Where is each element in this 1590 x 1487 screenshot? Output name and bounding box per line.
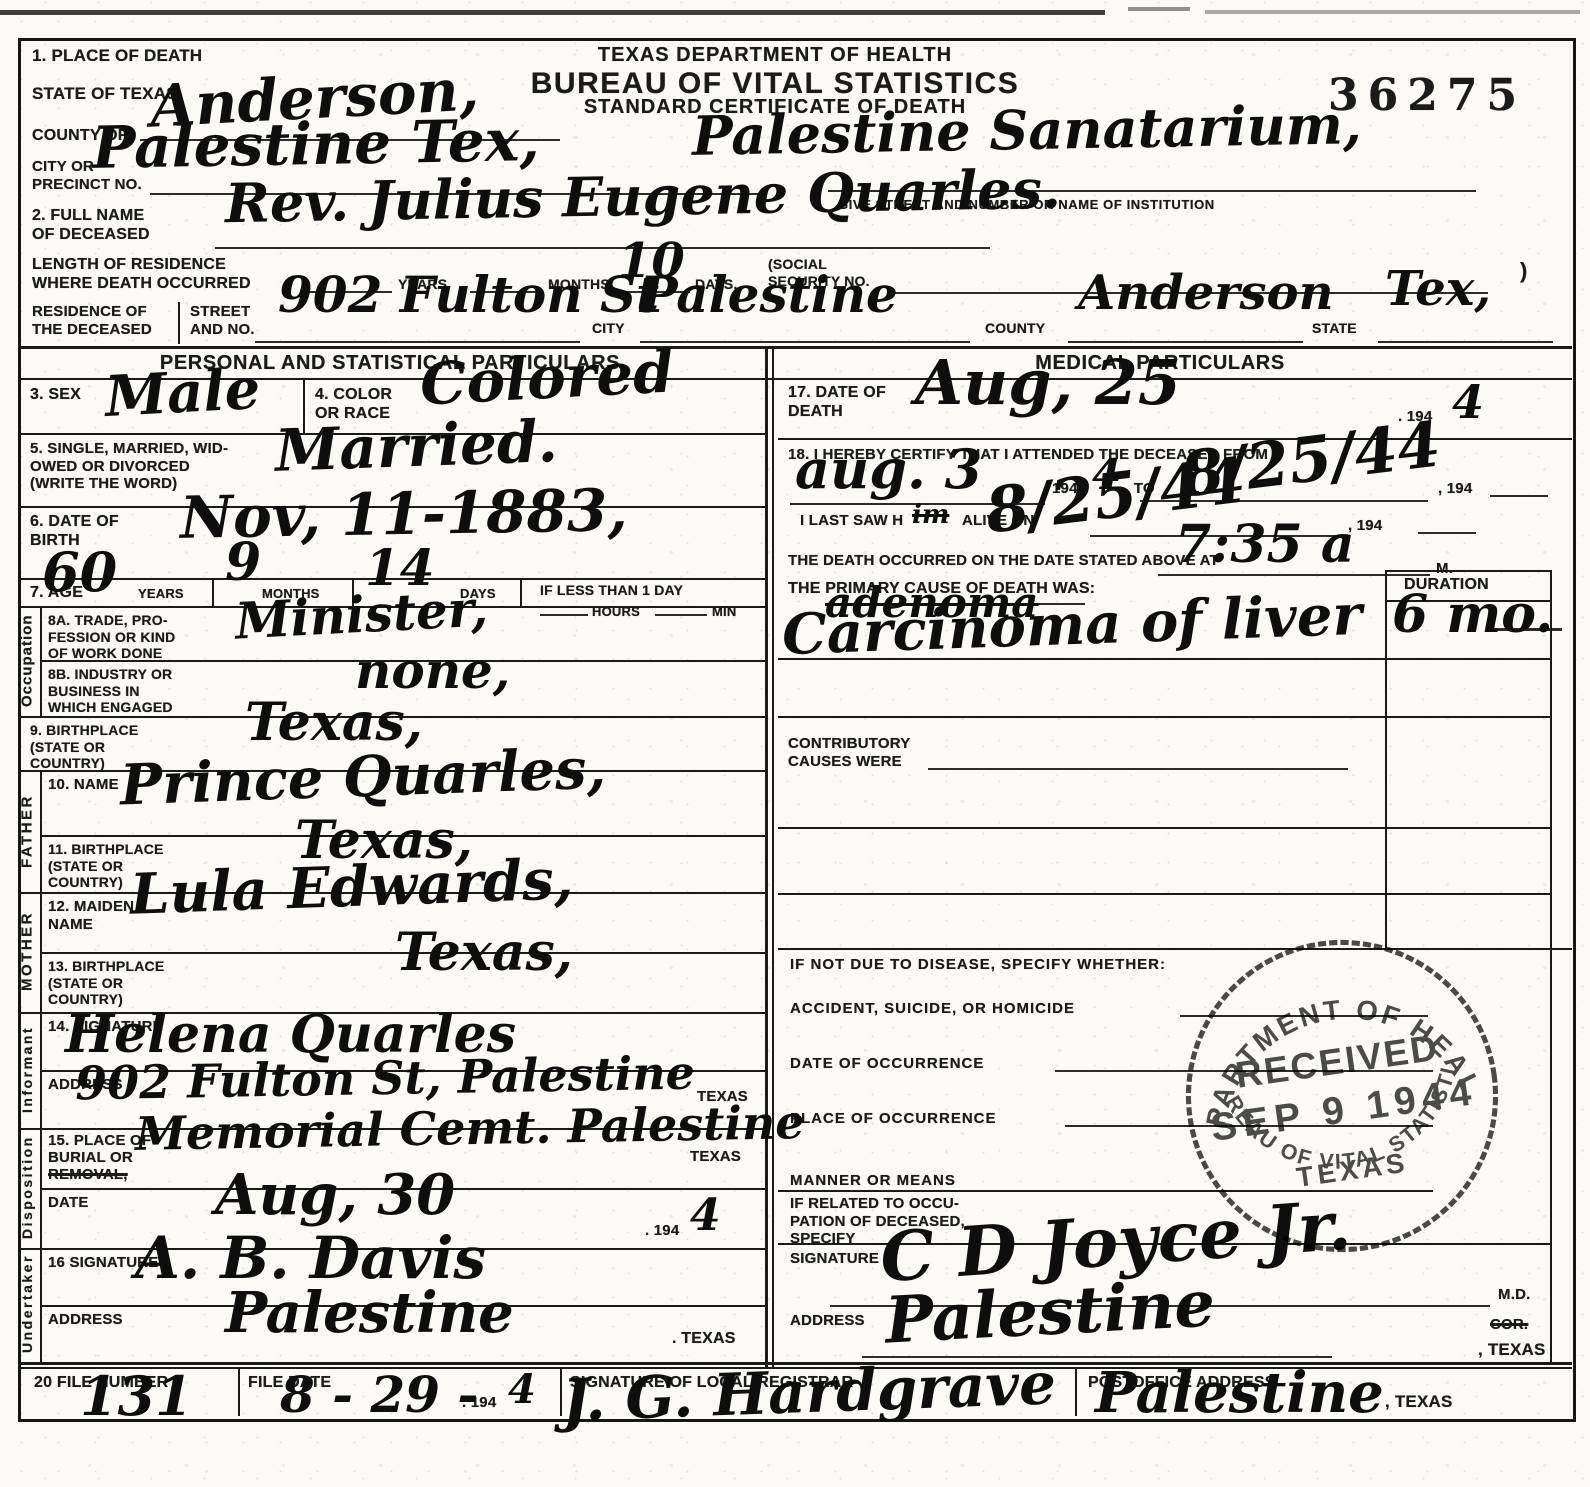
date-occurrence-label: DATE OF OCCURRENCE [790,1055,984,1073]
father-name-label: 10. NAME [48,776,119,794]
if-less-than-day-label: IF LESS THAN 1 DAY [540,582,683,599]
to-year-printed: , 194 [1438,480,1472,498]
undertaker-address-state-label: . TEXAS [672,1330,736,1349]
trade-handwritten: Minister, [234,585,489,643]
not-due-disease-label: IF NOT DUE TO DISEASE, SPECIFY WHETHER: [790,956,1166,974]
place-occurrence-label: PLACE OF OCCURRENCE [790,1110,997,1128]
physician-address-handwritten: Palestine [884,1275,1217,1350]
cause-handwritten: Carcinoma of liver [781,590,1362,661]
mother-birthplace-handwritten: Texas, [395,930,573,977]
physician-signature-label: SIGNATURE [790,1250,879,1268]
postoffice-handwritten: Palestine [1095,1368,1384,1418]
hours-label: HOURS [592,604,640,619]
ssn-paren-close: ) [1520,258,1528,284]
marital-handwritten: Married. [274,415,558,477]
scan-smudge [0,10,1105,15]
burial-year-printed: . 194 [645,1222,679,1240]
burial-place-handwritten: Memorial Cemt. Palestine [135,1102,805,1155]
undertaker-side-label: Undertaker [16,1250,38,1358]
physician-address-label: ADDRESS [790,1312,865,1330]
burial-label-removal-struck: REMOVAL, [48,1166,128,1184]
death-time-handwritten: 7:35 a [1175,522,1355,569]
undertaker-address-handwritten: Palestine [225,1288,514,1338]
full-name-label: 2. FULL NAME OF DECEASED [32,207,150,245]
min-label: MIN [712,604,736,619]
street-and-no-label: STREET AND NO. [190,303,255,338]
undertaker-signature-handwritten: A. B. Davis [135,1232,486,1284]
scan-smudge [1205,10,1580,14]
file-date-year-handwritten: 4 [508,1372,536,1408]
mother-maiden-label: 12. MAIDEN NAME [48,898,134,933]
registrar-signature-handwritten: J. G. Hardgrave [561,1357,1056,1426]
title-department: TEXAS DEPARTMENT OF HEALTH [450,44,1100,68]
residence-of-label: RESIDENCE OF THE DECEASED [32,303,152,338]
sex-label: 3. SEX [30,386,81,405]
field-place-of-death-label: 1. PLACE OF DEATH [32,46,202,66]
date-of-death-handwritten: Aug, 25 [915,355,1181,411]
residence-city-handwritten: Palestine [640,272,898,317]
industry-label: 8B. INDUSTRY OR BUSINESS IN WHICH ENGAGE… [48,666,173,716]
cor-struck-label: COR. [1490,1316,1528,1334]
age-years-handwritten: 60 [42,548,117,597]
occupation-side-label: Occupation [16,608,38,714]
duration-handwritten: 6 mo. [1392,592,1553,639]
last-saw-label: I LAST SAW H [800,512,903,530]
age-years-label: YEARS [138,586,184,601]
postoffice-state-label: , TEXAS [1385,1392,1453,1412]
dod-year-handwritten: 4 [1452,382,1484,423]
undertaker-address-label: ADDRESS [48,1311,123,1329]
received-stamp: DEPARTMENT OF HEALTH BUREAU OF VITAL STA… [1145,899,1538,1292]
trade-label: 8A. TRADE, PRO- FESSION OR KIND OF WORK … [48,612,175,662]
burial-date-handwritten: Aug, 30 [215,1170,455,1220]
disposition-side-label: Disposition [16,1130,38,1244]
informant-side-label: Informant [16,1014,38,1124]
father-side-label: FATHER [16,772,38,890]
md-label: M.D. [1498,1286,1530,1304]
full-name-handwritten: Rev. Julius Eugene Quarles. [225,165,1062,228]
mother-birthplace-label: 13. BIRTHPLACE (STATE OR COUNTRY) [48,958,164,1008]
file-number-handwritten: 131 [80,1372,193,1421]
residence-state-handwritten: Tex, [1385,268,1491,311]
mother-side-label: MOTHER [16,894,38,1008]
industry-handwritten: none, [355,648,510,693]
burial-label-line2: BURIAL OR [48,1149,133,1167]
state-label: STATE [1312,320,1357,337]
residence-county-handwritten: Anderson [1078,272,1333,315]
date-of-death-label: 17. DATE OF DEATH [788,384,886,422]
informant-address-handwritten: 902 Fulton St, Palestine [75,1053,696,1105]
burial-year-handwritten: 4 [690,1196,721,1236]
burial-date-label: DATE [48,1194,89,1212]
death-certificate-scan: 1. PLACE OF DEATH STATE OF TEXAS TEXAS D… [0,0,1590,1487]
last-saw-struck-handwritten: im [912,504,949,527]
attended-from-handwritten: aug. 3 [795,445,982,494]
county-label: COUNTY [985,320,1045,337]
birthplace-handwritten: Texas, [245,700,423,747]
scan-smudge [1128,7,1190,11]
contributory-label: CONTRIBUTORY CAUSES WERE [788,735,910,770]
mother-maiden-handwritten: Lula Edwards, [129,854,574,920]
city-handwritten: Palestine Tex, [92,114,540,174]
institution-handwritten: Palestine Sanatarium, [692,100,1362,160]
age-months-handwritten: 9 [225,540,261,587]
accident-suicide-label: ACCIDENT, SUICIDE, OR HOMICIDE [790,1000,1075,1018]
physician-address-state-label: , TEXAS [1478,1340,1546,1360]
street-handwritten: 902 Fulton St [278,272,659,317]
death-occurred-label: THE DEATH OCCURRED ON THE DATE STATED AB… [788,552,1219,570]
manner-means-label: MANNER OR MEANS [790,1172,956,1190]
father-name-handwritten: Prince Quarles, [119,744,607,811]
file-date-handwritten: 8 - 29 - [280,1372,478,1417]
sex-handwritten: Male [104,364,262,422]
length-residence-label: LENGTH OF RESIDENCE WHERE DEATH OCCURRED [32,256,251,294]
race-handwritten: Colored [419,345,675,410]
